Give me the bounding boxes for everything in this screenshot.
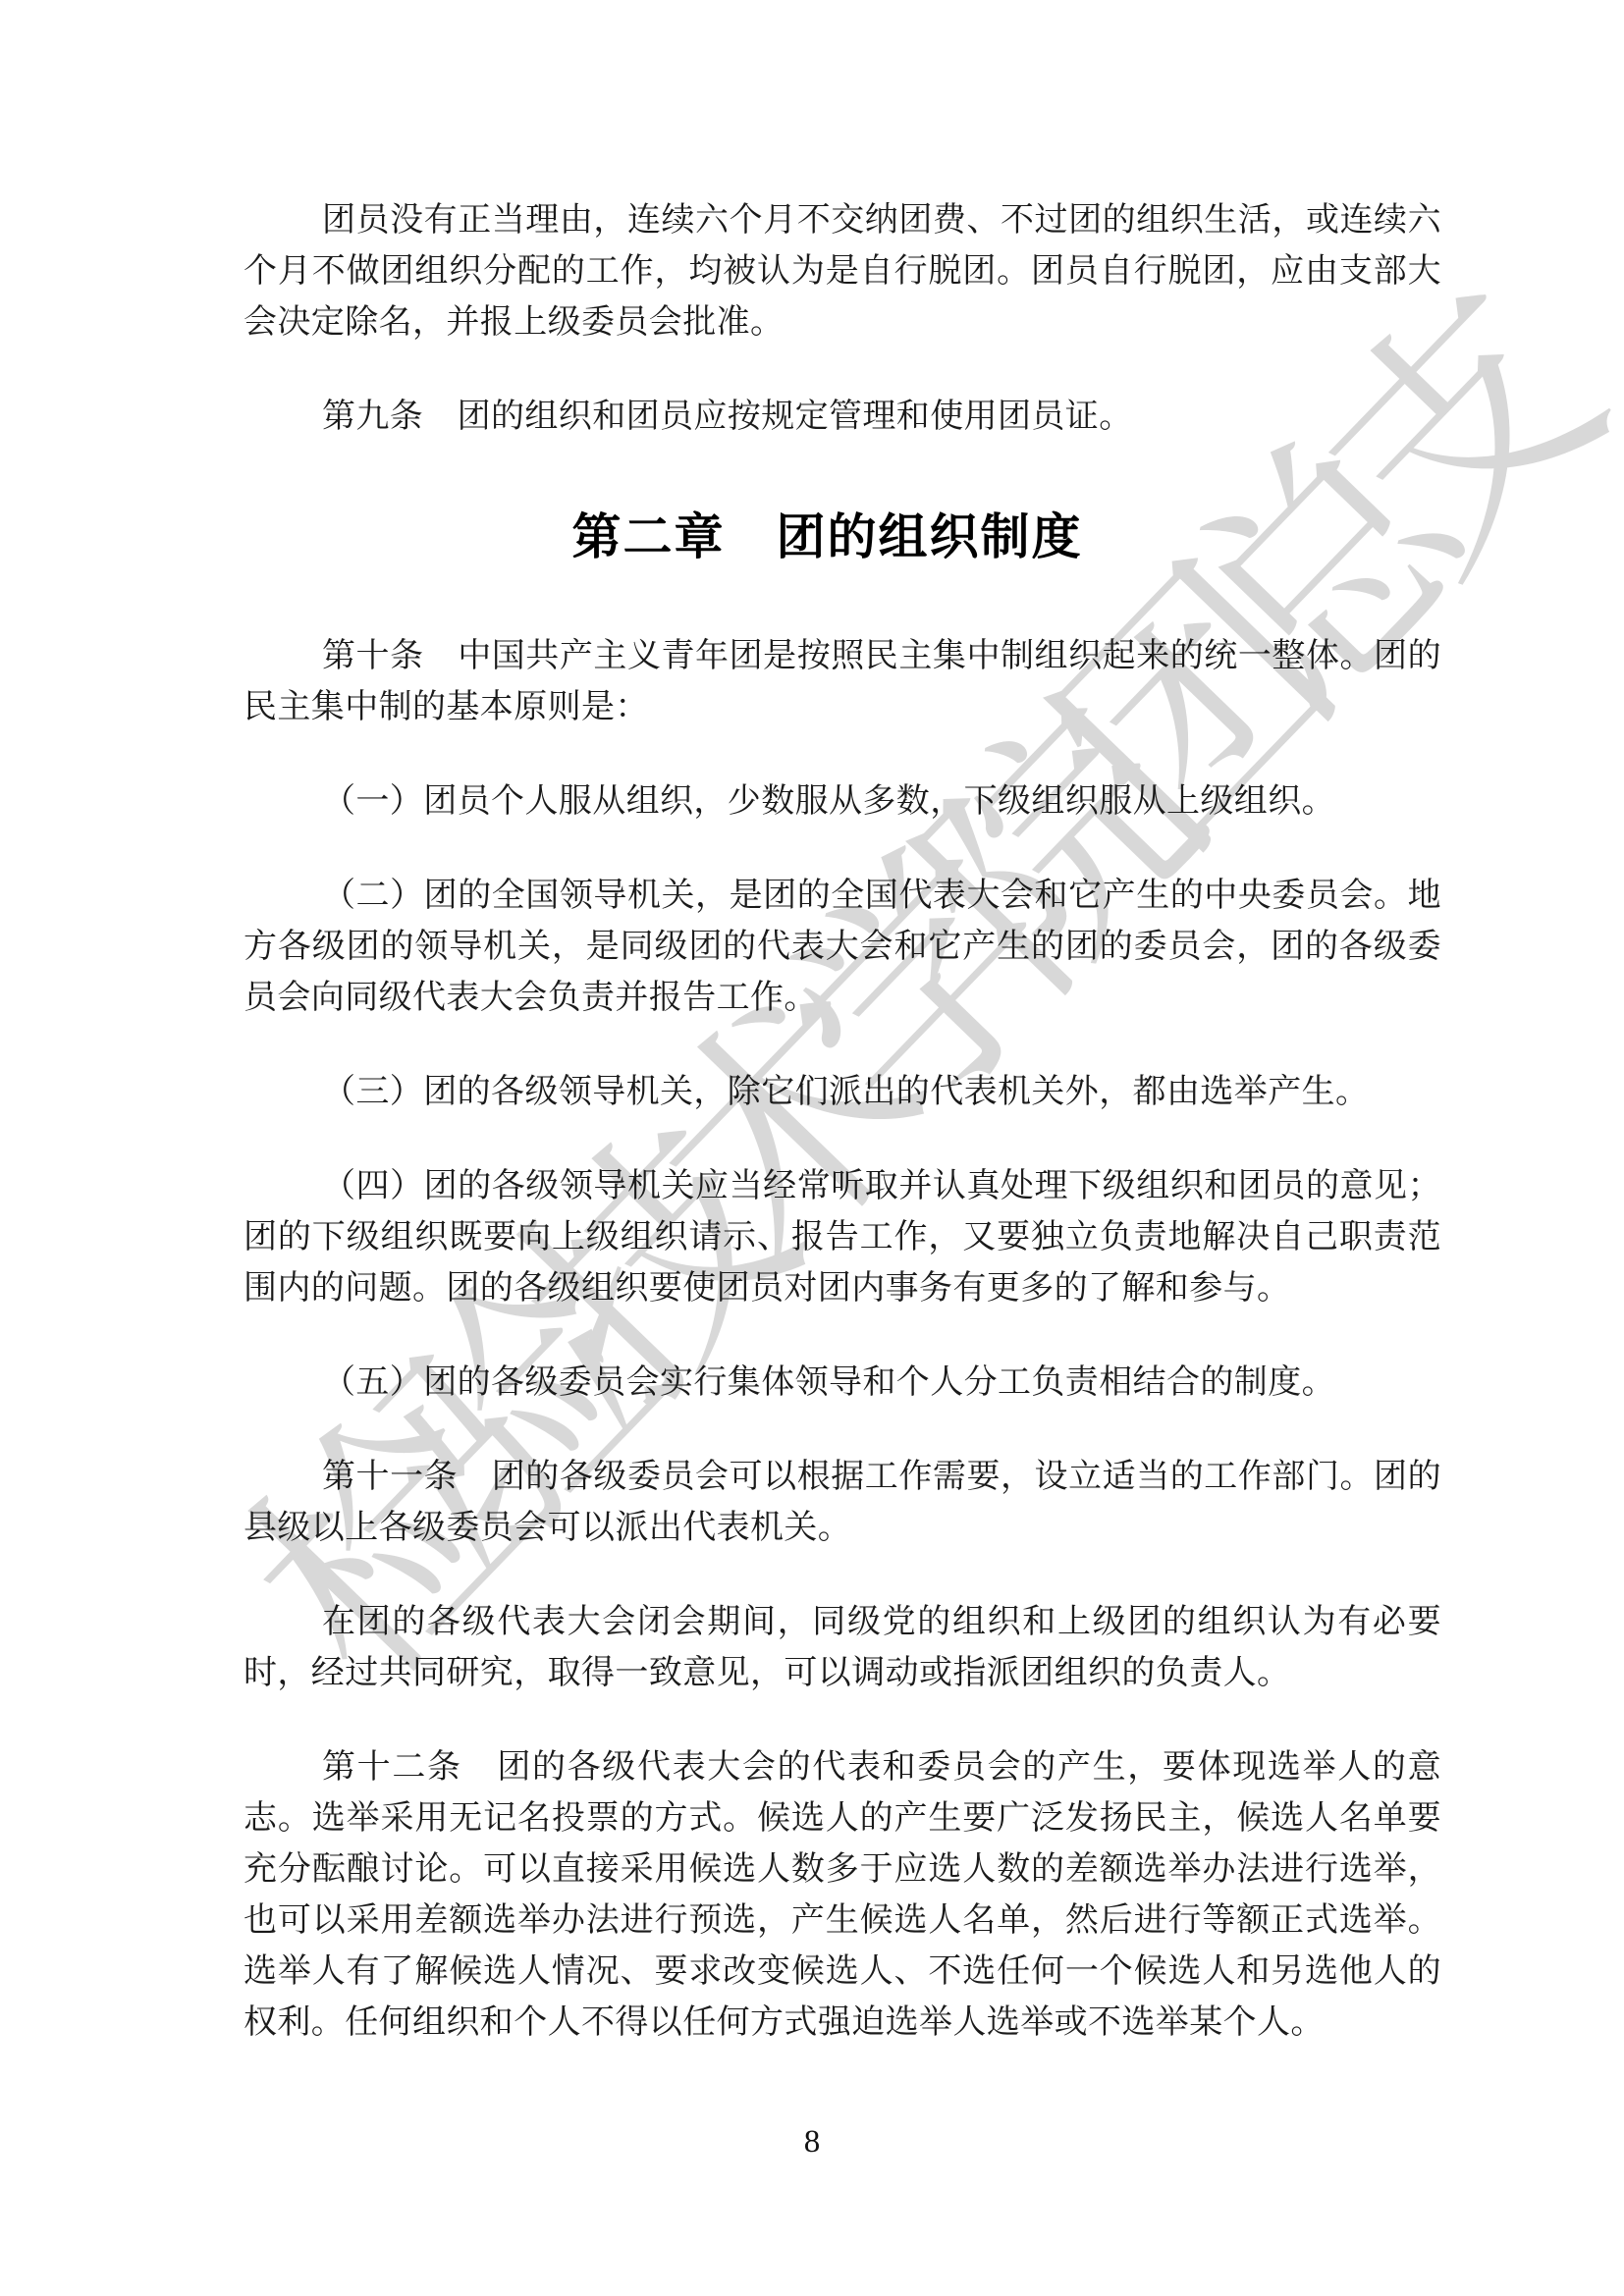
document-page: 检验技术学院团总支 团员没有正当理由，连续六个月不交纳团费、不过团的组织生活，或… [0, 0, 1624, 2296]
page-number: 8 [0, 2122, 1624, 2162]
chapter-heading: 第二章 团的组织制度 [213, 486, 1441, 588]
paragraph-principle-4: （四）团的各级领导机关应当经常听取并认真处理下级组织和团员的意见；团的下级组织既… [244, 1161, 1441, 1314]
paragraph-principle-3: （三）团的各级领导机关，除它们派出的代表机关外，都由选举产生。 [244, 1067, 1441, 1118]
paragraph-principle-5: （五）团的各级委员会实行集体领导和个人分工负责相结合的制度。 [244, 1358, 1441, 1409]
paragraph-member-withdrawal: 团员没有正当理由，连续六个月不交纳团费、不过团的组织生活，或连续六个月不做团组织… [244, 195, 1441, 348]
paragraph-article-11-continuation: 在团的各级代表大会闭会期间，同级党的组织和上级团的组织认为有必要时，经过共同研究… [244, 1597, 1441, 1699]
paragraph-article-9: 第九条 团的组织和团员应按规定管理和使用团员证。 [244, 392, 1441, 443]
paragraph-principle-2: （二）团的全国领导机关，是团的全国代表大会和它产生的中央委员会。地方各级团的领导… [244, 871, 1441, 1024]
paragraph-article-10: 第十条 中国共产主义青年团是按照民主集中制组织起来的统一整体。团的民主集中制的基… [244, 631, 1441, 733]
paragraph-principle-1: （一）团员个人服从组织，少数服从多数，下级组织服从上级组织。 [244, 776, 1441, 828]
paragraph-article-12: 第十二条 团的各级代表大会的代表和委员会的产生，要体现选举人的意志。选举采用无记… [244, 1742, 1441, 2049]
paragraph-article-11: 第十一条 团的各级委员会可以根据工作需要，设立适当的工作部门。团的县级以上各级委… [244, 1452, 1441, 1554]
document-content: 团员没有正当理由，连续六个月不交纳团费、不过团的组织生活，或连续六个月不做团组织… [244, 195, 1441, 2092]
